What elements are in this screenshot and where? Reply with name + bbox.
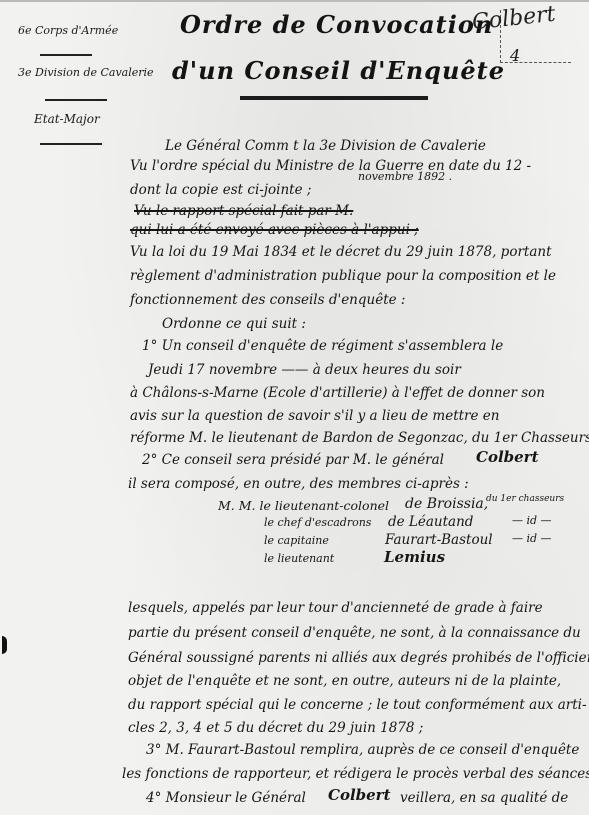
division-label: 3e Division de Cavalerie (18, 66, 154, 79)
body-line: partie du présent conseil d'enquête, ne … (128, 625, 581, 641)
body-line: lesquels, appelés par leur tour d'ancien… (128, 600, 543, 616)
title-line-2: d'un Conseil d'Enquête (172, 56, 505, 85)
article3-line: les fonctions de rapporteur, et rédigera… (122, 766, 589, 782)
article3-line: 3° M. Faurart-Bastoul remplira, auprès d… (146, 742, 579, 758)
member-rank: le capitaine (264, 534, 329, 547)
preamble-line: fonctionnement des conseils d'enquête : (130, 292, 405, 308)
president-name: Colbert (476, 448, 539, 466)
article2-line: il sera composé, en outre, des membres c… (128, 476, 469, 492)
member-unit: — id — (512, 514, 552, 527)
article1-line: réforme M. le lieutenant de Bardon de Se… (130, 430, 589, 446)
struck-line: Vu le rapport spécial fait par M. (134, 203, 353, 219)
article1-line: avis sur la question de savoir s'il y a … (130, 408, 499, 424)
member-rank: le chef d'escadrons (264, 516, 371, 529)
preamble-line: dont la copie est ci-jointe ; (130, 182, 311, 198)
member-name: de Léautand (388, 514, 473, 530)
etat-major-label: Etat-Major (34, 112, 100, 126)
body-line: objet de l'enquête et ne sont, en outre,… (128, 673, 561, 689)
page-top-edge (0, 0, 589, 2)
article1-line: 1° Un conseil d'enquête de régiment s'as… (142, 338, 503, 354)
member-rank: le lieutenant (264, 552, 334, 565)
member-rank: M. M. le lieutenant-colonel (218, 498, 389, 513)
struck-line: qui lui a été envoyé avec pièces à l'app… (130, 222, 419, 238)
article4-line: 4° Monsieur le Général (146, 790, 306, 806)
document-page: 6e Corps d'Armée 3e Division de Cavaleri… (0, 0, 589, 815)
article1-line: Jeudi 17 novembre —— à deux heures du so… (148, 362, 461, 378)
body-line: du rapport spécial qui le concerne ; le … (128, 697, 587, 713)
body-line: cles 2, 3, 4 et 5 du décret du 29 juin 1… (128, 720, 423, 736)
member-name: Lemius (384, 548, 445, 566)
divider (45, 99, 107, 101)
stamp-number: 4 (510, 46, 520, 65)
binding-hole-mark (2, 636, 7, 654)
preamble-line: règlement d'administration publique pour… (130, 268, 556, 284)
preamble-insert: novembre 1892 . (358, 170, 452, 183)
corps-label: 6e Corps d'Armée (18, 24, 118, 37)
body-line: Général soussigné parents ni alliés aux … (128, 650, 589, 666)
article2-line: 2° Ce conseil sera présidé par M. le gén… (142, 452, 444, 468)
member-unit: du 1er chasseurs (486, 494, 564, 504)
member-name: Faurart-Bastoul (385, 532, 493, 548)
divider (40, 143, 102, 145)
article4-line: veillera, en sa qualité de (400, 790, 568, 806)
article1-line: à Châlons-s-Marne (Ecole d'artillerie) à… (130, 385, 545, 401)
title-line-1: Ordre de Convocation (180, 10, 493, 39)
member-unit: — id — (512, 532, 552, 545)
preamble-line: Le Général Comm t la 3e Division de Cava… (165, 138, 486, 154)
title-underline (240, 96, 428, 100)
article4-name: Colbert (328, 786, 391, 804)
member-name: de Broissia, (405, 496, 488, 512)
preamble-line: Vu l'ordre spécial du Ministre de la Gue… (130, 158, 531, 174)
divider (40, 54, 92, 56)
preamble-line: Vu la loi du 19 Mai 1834 et le décret du… (130, 244, 552, 260)
ordonne-line: Ordonne ce qui suit : (162, 316, 306, 332)
